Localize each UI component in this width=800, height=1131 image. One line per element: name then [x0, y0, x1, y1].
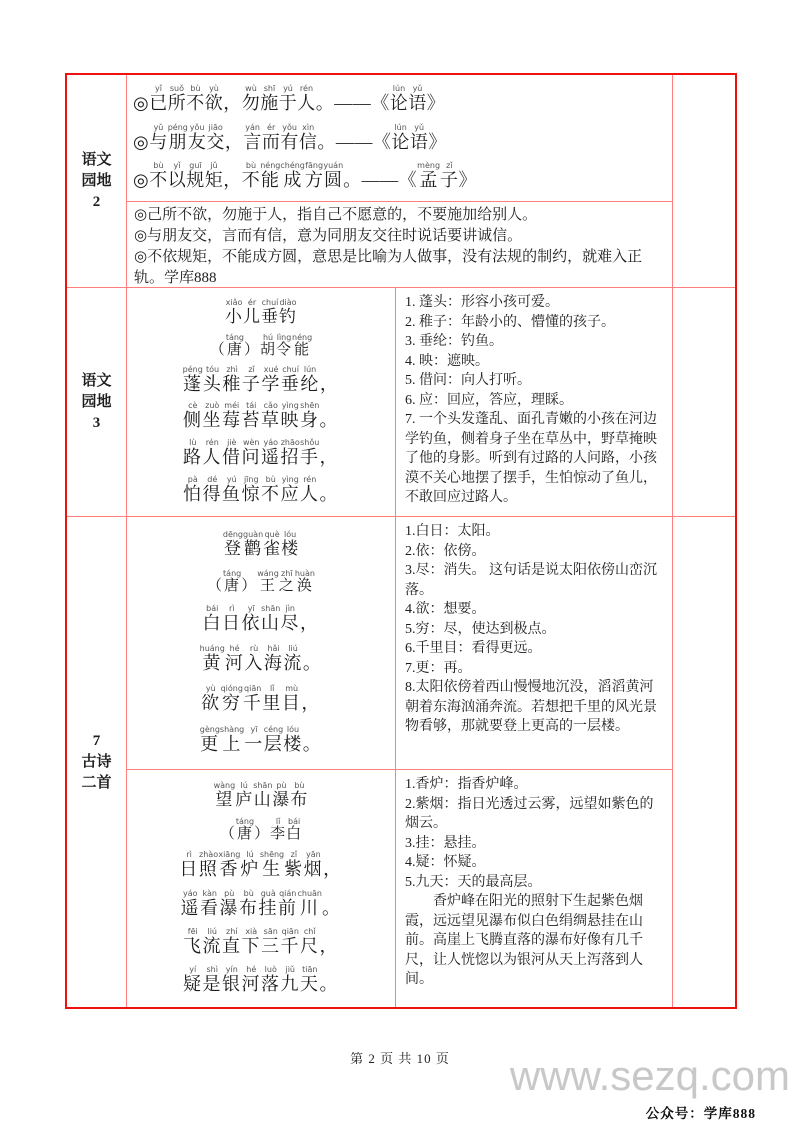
table-row-yuwen-yuandi-2: 语文园地2 ◎已yǐ所suǒ不bù欲yù，勿wù施shī于yú人rén。——《论… [67, 75, 735, 288]
section-wang-lushan-pubu: 望wàng庐lú山shān瀑pù布bù（唐táng）李lǐ白bái日rì照zhà… [127, 770, 672, 1007]
note-line: 6.千里目：看得更远。 [405, 639, 664, 659]
row-label-line: 古诗 [81, 752, 111, 773]
quotes-cell: ◎已yǐ所suǒ不bù欲yù，勿wù施shī于yú人rén。——《论lún语yǔ… [127, 75, 672, 202]
note-line: 5.九天：天的最高层。 [405, 873, 664, 893]
row-label-line: 7 [93, 731, 101, 752]
note-line: 8.太阳依傍着西山慢慢地沉没，滔滔黄河朝着东海汹涌奔流。若想把千里的风光景物看够… [405, 678, 664, 737]
note-line: 4. 映：遮映。 [405, 352, 664, 372]
poem-verse-line: 白bái日rì依yī山shān尽jìn， [127, 604, 395, 635]
note-line: 2.紫烟：指日光透过云雾，远望如紫色的烟云。 [405, 795, 664, 834]
row-label-line: 2 [93, 192, 101, 213]
note-line: 5.穷：尽，使达到极点。 [405, 620, 664, 640]
empty-margin-cell [672, 75, 735, 287]
note-line: 6. 应：回应，答应，理睬。 [405, 391, 664, 411]
note-line: 1.白日：太阳。 [405, 522, 664, 542]
row3-content: 登dēng鹳guàn雀què楼lóu（唐táng）王wáng之zhī涣huàn白… [127, 517, 672, 1007]
note-line: 5. 借问：向人打听。 [405, 371, 664, 391]
lesson-table: 语文园地2 ◎已yǐ所suǒ不bù欲yù，勿wù施shī于yú人rén。——《论… [65, 73, 737, 1009]
note-line: 4.疑：怀疑。 [405, 853, 664, 873]
poem-title: 登dēng鹳guàn雀què楼lóu [127, 530, 395, 559]
explanations-cell: ◎己所不欲，勿施于人，指自己不愿意的，不要施加给别人。◎与朋友交，言而有信，意为… [127, 202, 672, 287]
note-line: 香炉峰在阳光的照射下生起紫色烟霞，远远望见瀑布似白色绢绸悬挂在山前。高崖上飞腾直… [405, 892, 664, 990]
quote-line: ◎不bù以yǐ规guī矩jǔ，不bù能néng成chéng方fāng圆yuán。… [133, 161, 668, 192]
row-label-line: 语文 [81, 150, 111, 171]
note-line: 3. 垂纶：钓鱼。 [405, 332, 664, 352]
poem-verse-line: 蓬péng头tóu稚zhì子zǐ学xué垂chuí纶lún， [127, 365, 395, 396]
row-label-gushi-ershou: 7古诗二首 [67, 517, 127, 1007]
note-line: 1. 蓬头：形容小孩可爱。 [405, 293, 664, 313]
table-row-yuwen-yuandi-3: 语文园地3 小xiǎo儿ér垂chuí钓diào（唐táng）胡hú令lìng能… [67, 288, 735, 517]
note-line: 7.更：再。 [405, 659, 664, 679]
row-label-yuwen-yuandi-2: 语文园地2 [67, 75, 127, 287]
quote-line: ◎与yǔ朋péng友yǒu交jiāo，言yán而ér有yǒu信xìn。——《论l… [133, 123, 668, 154]
note-line: 3.挂：悬挂。 [405, 834, 664, 854]
row-label-line: 园地 [81, 171, 111, 192]
poem-title: 小xiǎo儿ér垂chuí钓diào [127, 298, 395, 327]
note-line: 2.依：依傍。 [405, 542, 664, 562]
row1-content: ◎已yǐ所suǒ不bù欲yù，勿wù施shī于yú人rén。——《论lún语yǔ… [127, 75, 672, 287]
row-label-line: 园地 [81, 392, 111, 413]
poem-verse-line: 黄huáng河hé入rù海hǎi流liú。 [127, 644, 395, 675]
note-line: 2. 稚子：年龄小的、懵懂的孩子。 [405, 313, 664, 333]
notes-deng-guanque-lou: 1.白日：太阳。2.依：依傍。3.尽：消失。 这句话是说太阳依傍山峦沉落。4.欲… [396, 517, 672, 769]
poem-author: （唐táng）李lǐ白bái [127, 817, 395, 843]
explanation-line: ◎己所不欲，勿施于人，指自己不愿意的，不要施加给别人。 [134, 205, 664, 226]
note-line: 3.尽：消失。 这句话是说太阳依傍山峦沉落。 [405, 561, 664, 600]
poem-verse-line: 欲yù穷qióng千qiān里lǐ目mù， [127, 684, 395, 715]
quote-line: ◎已yǐ所suǒ不bù欲yù，勿wù施shī于yú人rén。——《论lún语yǔ… [133, 84, 668, 115]
row-label-yuwen-yuandi-3: 语文园地3 [67, 288, 127, 516]
wechat-account: 公众号：学库888 [646, 1102, 756, 1122]
row-label-line: 语文 [81, 371, 111, 392]
section-deng-guanque-lou: 登dēng鹳guàn雀què楼lóu（唐táng）王wáng之zhī涣huàn白… [127, 517, 672, 770]
note-line: 1.香炉：指香炉峰。 [405, 775, 664, 795]
watermark: www.sezq.com [510, 1055, 790, 1097]
poem-verse-line: 遥yáo看kàn瀑pù布bù挂guà前qián川chuān。 [127, 889, 395, 920]
explanation-line: ◎不依规矩，不能成方圆，意思是比喻为人做事，没有法规的制约，就难入正轨。学库88… [134, 247, 664, 287]
poem-verse-line: 更gèng上shàng一yī层céng楼lóu。 [127, 725, 395, 756]
notes-xiaoer-chuidiao: 1. 蓬头：形容小孩可爱。2. 稚子：年龄小的、懵懂的孩子。3. 垂纶：钓鱼。4… [396, 288, 672, 516]
poem-verse-line: 日rì照zhào香xiāng炉lú生shēng紫zǐ烟yān， [127, 850, 395, 881]
poem-verse-line: 飞fēi流liú直zhí下xià三sān千qiān尺chǐ， [127, 927, 395, 958]
note-line: 4.欲：想要。 [405, 600, 664, 620]
poem-wang-lushan-pubu: 望wàng庐lú山shān瀑pù布bù（唐táng）李lǐ白bái日rì照zhà… [127, 770, 396, 1007]
poem-title: 望wàng庐lú山shān瀑pù布bù [127, 781, 395, 810]
poem-author: （唐táng）王wáng之zhī涣huàn [127, 569, 395, 595]
poem-deng-guanque-lou: 登dēng鹳guàn雀què楼lóu（唐táng）王wáng之zhī涣huàn白… [127, 517, 396, 769]
poem-verse-line: 怕pà得dé鱼yú惊jīng不bù应yìng人rén。 [127, 475, 395, 506]
empty-margin-cell [672, 288, 735, 516]
table-row-gushi-ershou: 7古诗二首 登dēng鹳guàn雀què楼lóu（唐táng）王wáng之zhī… [67, 517, 735, 1007]
notes-wang-lushan-pubu: 1.香炉：指香炉峰。2.紫烟：指日光透过云雾，远望如紫色的烟云。3.挂：悬挂。4… [396, 770, 672, 1007]
poem-verse-line: 路lù人rén借jiè问wèn遥yáo招zhāo手shǒu， [127, 438, 395, 469]
empty-margin-cell [672, 517, 735, 1007]
poem-verse-line: 疑yí是shì银yín河hé落luò九jiǔ天tiān。 [127, 965, 395, 996]
row-label-line: 3 [93, 413, 101, 434]
poem-author: （唐táng）胡hú令lìng能néng [127, 333, 395, 359]
poem-verse-line: 侧cè坐zuò莓méi苔tái草cǎo映yìng身shēn。 [127, 401, 395, 432]
poem-xiaoer-chuidiao: 小xiǎo儿ér垂chuí钓diào（唐táng）胡hú令lìng能néng蓬p… [127, 288, 396, 516]
note-line: 7. 一个头发蓬乱、面孔青嫩的小孩在河边学钓鱼，侧着身子坐在草丛中，野草掩映了他… [405, 410, 664, 508]
explanation-line: ◎与朋友交，言而有信，意为同朋友交往时说话要讲诚信。 [134, 226, 664, 247]
row-label-line: 二首 [81, 773, 111, 794]
